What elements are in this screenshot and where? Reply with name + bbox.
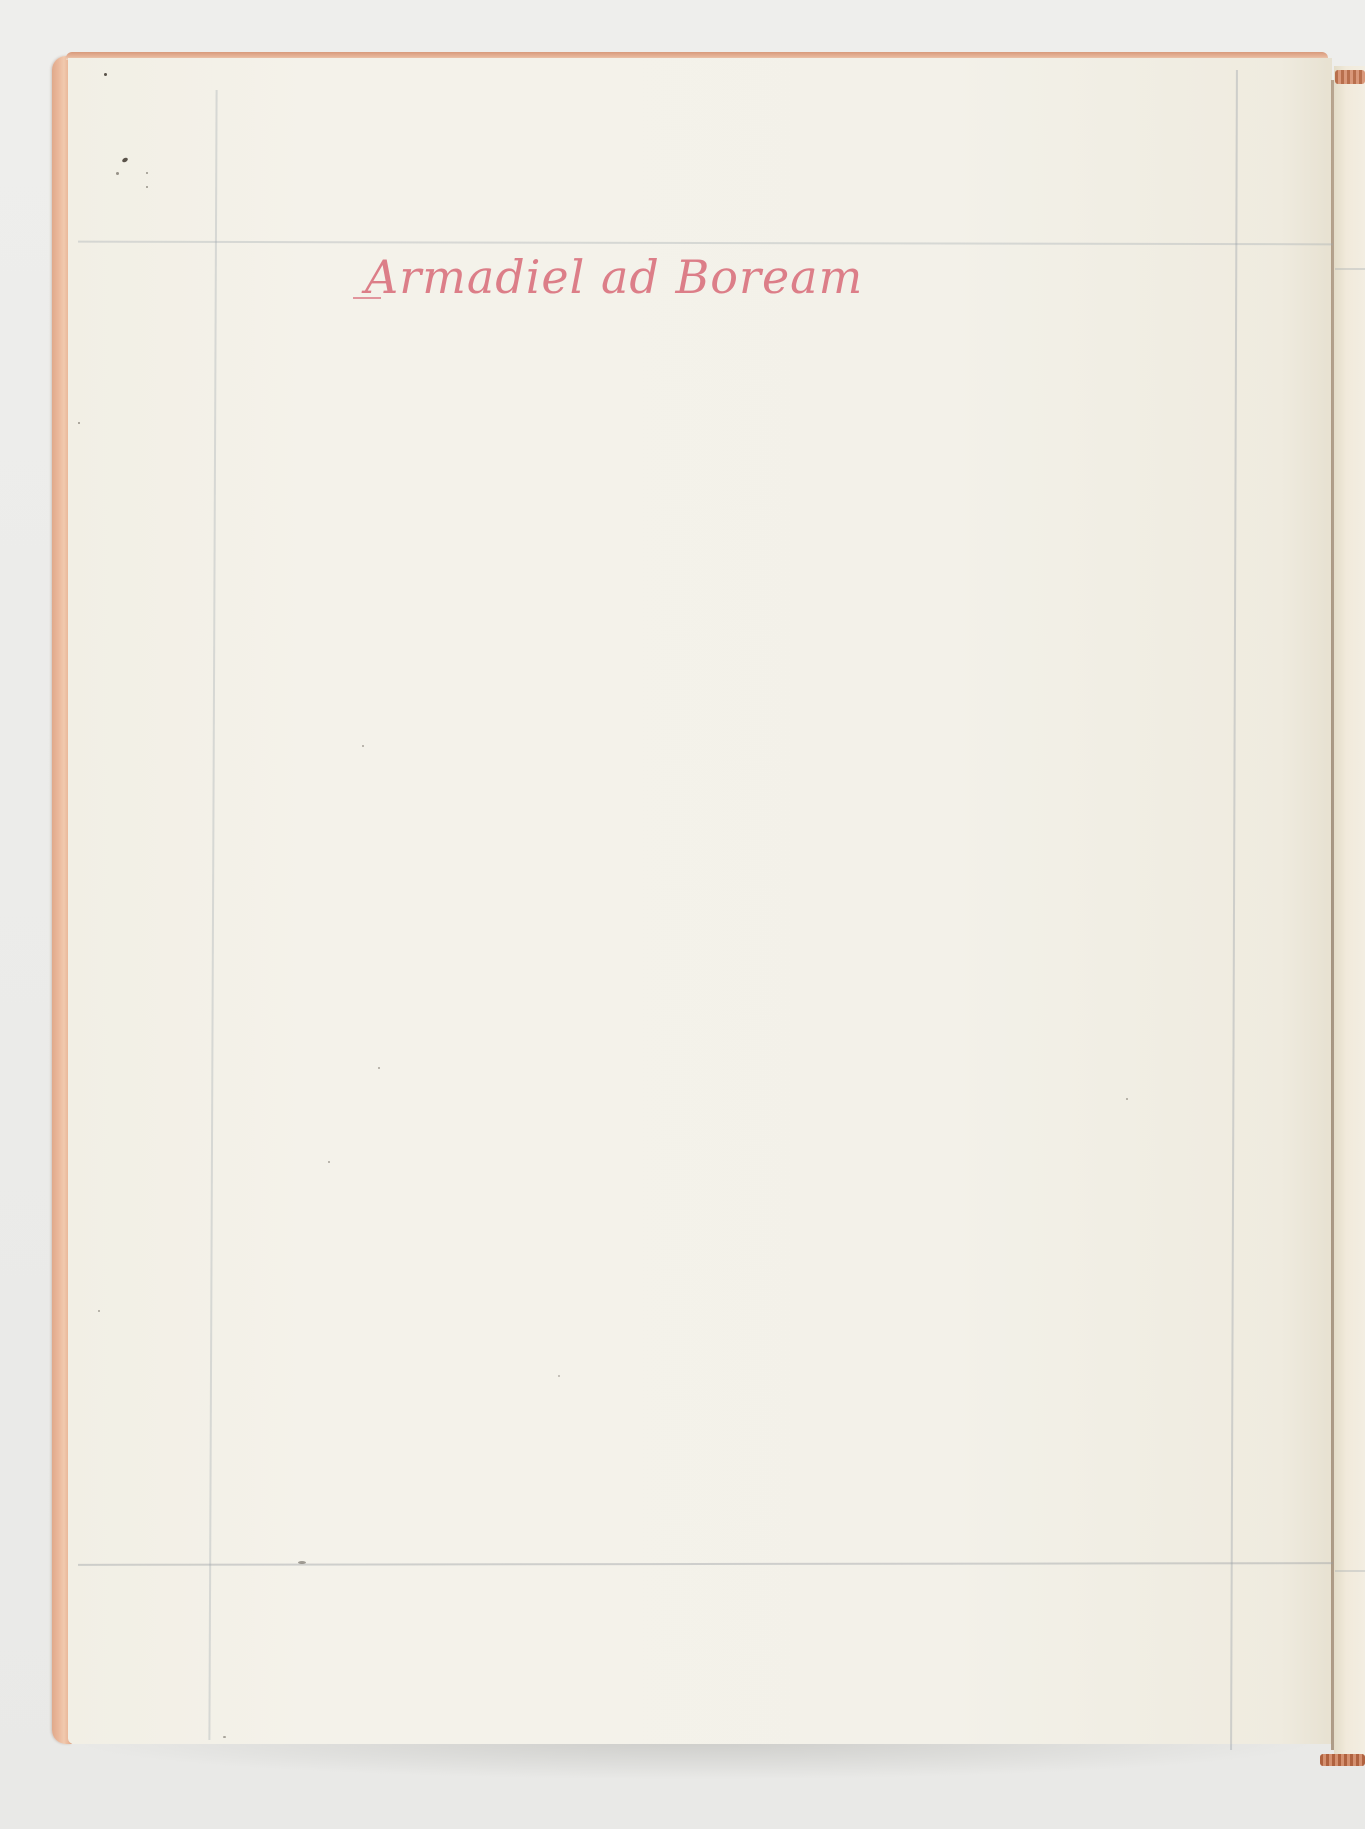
headband-top — [1335, 70, 1365, 84]
speck — [558, 1375, 560, 1377]
ruling-line-facing-bottom — [1335, 1570, 1365, 1572]
speck — [104, 73, 107, 76]
speck — [223, 1736, 226, 1738]
page-heading-text: Armadiel ad Boream — [365, 250, 863, 304]
speck — [328, 1161, 330, 1163]
headband-bottom — [1320, 1754, 1365, 1766]
ruling-line-facing-top — [1335, 268, 1365, 270]
pen-stroke — [353, 297, 381, 299]
speck — [298, 1561, 306, 1564]
speck — [1126, 1098, 1128, 1100]
facing-page-edge — [1334, 66, 1365, 1756]
speck — [116, 172, 119, 175]
page-heading: Armadiel ad Boream — [365, 250, 863, 304]
speck — [378, 1067, 380, 1069]
book-shadow — [60, 1740, 1330, 1780]
manuscript-page — [68, 58, 1332, 1744]
speck — [362, 745, 364, 747]
speck — [98, 1310, 100, 1312]
speck — [146, 172, 148, 174]
speck — [78, 422, 80, 424]
speck — [146, 186, 148, 188]
gutter — [1331, 80, 1334, 1750]
